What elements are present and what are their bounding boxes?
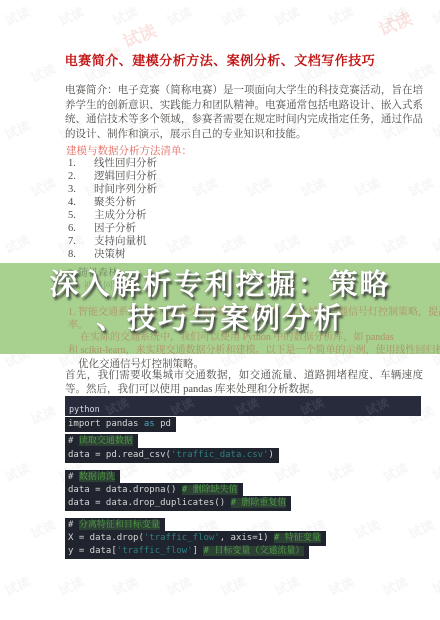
code-text: , axis=1) bbox=[220, 533, 274, 543]
code-text: pd bbox=[155, 419, 171, 429]
code-text: data = data.dropna() bbox=[68, 485, 182, 495]
watermark-text: 试读 bbox=[27, 515, 58, 543]
code-line-target: y = data['traffic_flow'] # 目标变量（交通流量） bbox=[65, 544, 309, 559]
methods-list: 1.线性回归分析 2.逻辑回归分析 3.时间序列分析 4.聚类分析 5.主成分分… bbox=[68, 157, 157, 261]
watermark-text: 试读 bbox=[429, 119, 440, 159]
code-string: 'traffic_flow' bbox=[144, 533, 220, 543]
list-number: 2. bbox=[68, 170, 94, 183]
code-comment: # 删除重复值 bbox=[231, 498, 287, 508]
document-page: 试读试读试读试读试读试读试读试读试读试读试读试读试读试读试读试读试读试读试读试读… bbox=[0, 0, 440, 620]
list-number: 6. bbox=[68, 222, 94, 235]
watermark-text: 试读 bbox=[297, 173, 328, 201]
code-text: data = data.drop_duplicates() bbox=[68, 498, 231, 508]
list-number: 3. bbox=[68, 183, 94, 196]
watermark-text: 试读 bbox=[325, 458, 356, 486]
body-paragraph: 首先，我们需要收集城市交通数据，如交通流量、道路拥堵程度、车辆速度等。然后，我们… bbox=[65, 369, 423, 397]
code-text: data = pd.read_csv( bbox=[68, 450, 171, 460]
code-line-comment: # 读取交通数据 bbox=[65, 434, 138, 449]
overlay-banner: 9. 随机森林 10. 神经网络 1. 智能交通系统优化：旨在交通数据分析和处理… bbox=[0, 263, 440, 354]
watermark-text: 试读 bbox=[163, 230, 194, 258]
red-watermark-stamp: 试读 bbox=[119, 17, 160, 53]
watermark-text: 试读 bbox=[325, 572, 356, 600]
overlay-title: 深入解析专利挖掘：策略 、技巧与案例分析 bbox=[0, 268, 440, 336]
watermark-text: 试读 bbox=[325, 2, 356, 30]
watermark-text: 试读 bbox=[217, 230, 248, 258]
overlay-title-line1: 深入解析专利挖掘：策略 bbox=[0, 268, 440, 302]
watermark-on-bar: 试读 bbox=[233, 394, 262, 419]
list-item-label: 支持向量机 bbox=[94, 235, 147, 248]
list-number: 7. bbox=[68, 235, 94, 248]
watermark-text: 试读 bbox=[429, 461, 440, 501]
watermark-on-bar: 试读 bbox=[363, 394, 392, 419]
list-number: 8. bbox=[68, 248, 94, 261]
watermark-text: 试读 bbox=[271, 2, 302, 30]
list-item-label: 决策树 bbox=[94, 248, 126, 261]
list-item: 2.逻辑回归分析 bbox=[68, 170, 157, 183]
list-item: 3.时间序列分析 bbox=[68, 183, 157, 196]
list-item: 1.线性回归分析 bbox=[68, 157, 157, 170]
list-item-label: 线性回归分析 bbox=[94, 157, 157, 170]
watermark-text: 试读 bbox=[379, 572, 410, 600]
code-string: 'traffic_data.csv' bbox=[171, 450, 269, 460]
code-comment: # 特征变量 bbox=[274, 533, 321, 543]
list-number: 4. bbox=[68, 196, 94, 209]
watermark-text: 试读 bbox=[27, 173, 58, 201]
watermark-text: 试读 bbox=[55, 2, 86, 30]
watermark-text: 试读 bbox=[109, 572, 140, 600]
code-text: y = data[ bbox=[68, 546, 117, 556]
list-number: 1. bbox=[68, 157, 94, 170]
watermark-text: 试读 bbox=[1, 458, 32, 486]
code-language-bar: python 试读 试读 试读 试读 试读 bbox=[65, 396, 421, 416]
list-item: 4.聚类分析 bbox=[68, 196, 157, 209]
watermark-text: 试读 bbox=[189, 173, 220, 201]
list-item-label: 逻辑回归分析 bbox=[94, 170, 157, 183]
code-comment: # 目标变量（交通流量） bbox=[203, 546, 304, 556]
code-text: ) bbox=[269, 450, 274, 460]
watermark-text: 试读 bbox=[325, 230, 356, 258]
intro-paragraph: 电赛简介：电子竞赛（简称电赛）是一项面向大学生的科技竞赛活动，旨在培养学生的创新… bbox=[65, 84, 423, 142]
list-item: 8.决策树 bbox=[68, 248, 157, 261]
code-text: ] bbox=[193, 546, 204, 556]
code-comment: 数据清洗 bbox=[79, 472, 115, 482]
watermark-text: 试读 bbox=[271, 572, 302, 600]
watermark-on-bar: 试读 bbox=[168, 394, 197, 419]
watermark-text: 试读 bbox=[55, 572, 86, 600]
watermark-text: 试读 bbox=[217, 572, 248, 600]
list-item-label: 聚类分析 bbox=[94, 196, 136, 209]
list-item-label: 因子分析 bbox=[94, 222, 136, 235]
methods-list-heading: 建模与数据分析方法清单： bbox=[66, 143, 192, 158]
code-line-drop-duplicates: data = data.drop_duplicates() # 删除重复值 bbox=[65, 496, 291, 511]
list-item-label: 时间序列分析 bbox=[94, 183, 157, 196]
list-item: 5.主成分分析 bbox=[68, 209, 157, 222]
overlay-title-line2: 、技巧与案例分析 bbox=[0, 302, 440, 336]
code-text: # bbox=[68, 472, 79, 482]
code-language-label: python bbox=[69, 405, 100, 415]
watermark-text: 试读 bbox=[351, 515, 382, 543]
watermark-text: 试读 bbox=[217, 2, 248, 30]
code-text: # bbox=[68, 520, 79, 530]
page-title: 电赛简介、建模分析方法、案例分析、文档写作技巧 bbox=[0, 50, 440, 69]
watermark-on-bar: 试读 bbox=[103, 394, 132, 419]
red-watermark-stamp: 试读 bbox=[375, 5, 416, 41]
watermark-text: 试读 bbox=[405, 173, 436, 201]
watermark-text: 试读 bbox=[163, 2, 194, 30]
code-string: 'traffic_flow' bbox=[117, 546, 193, 556]
watermark-on-bar: 试读 bbox=[298, 394, 327, 419]
watermark-text: 试读 bbox=[27, 401, 58, 429]
watermark-text: 试读 bbox=[243, 173, 274, 201]
code-keyword: as bbox=[144, 419, 155, 429]
code-comment: 分离特征和目标变量 bbox=[79, 520, 160, 530]
list-item: 7.支持向量机 bbox=[68, 235, 157, 248]
watermark-text: 试读 bbox=[379, 458, 410, 486]
watermark-text: 试读 bbox=[1, 116, 32, 144]
watermark-text: 试读 bbox=[429, 575, 440, 615]
watermark-text: 试读 bbox=[1, 572, 32, 600]
code-comment: # 删除缺失值 bbox=[182, 485, 238, 495]
watermark-text: 试读 bbox=[163, 572, 194, 600]
watermark-text: 试读 bbox=[1, 230, 32, 258]
list-number: 5. bbox=[68, 209, 94, 222]
watermark-text: 试读 bbox=[351, 173, 382, 201]
code-line-import: import pandas as pd bbox=[65, 417, 176, 432]
faint-text-line: 和 scikit-learn，来实现交通数据分析和建模。以下是一个简单的示例，使… bbox=[68, 341, 440, 356]
list-item-label: 主成分分析 bbox=[94, 209, 147, 222]
code-comment: 读取交通数据 bbox=[79, 436, 133, 446]
code-text: # bbox=[68, 436, 79, 446]
watermark-text: 试读 bbox=[271, 230, 302, 258]
list-item: 6.因子分析 bbox=[68, 222, 157, 235]
watermark-text: 试读 bbox=[1, 2, 32, 30]
code-text: X = data.drop( bbox=[68, 533, 144, 543]
watermark-text: 试读 bbox=[429, 5, 440, 45]
watermark-text: 试读 bbox=[379, 230, 410, 258]
watermark-text: 试读 bbox=[405, 515, 436, 543]
code-line-read-csv: data = pd.read_csv('traffic_data.csv') bbox=[65, 448, 279, 463]
code-text: import pandas bbox=[68, 419, 144, 429]
